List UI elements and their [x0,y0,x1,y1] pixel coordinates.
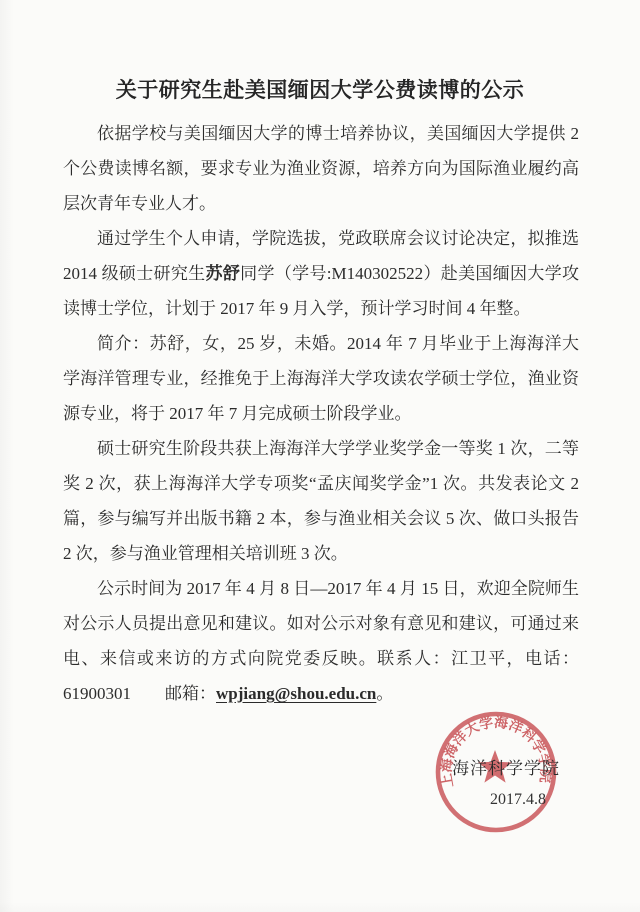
paragraph: 简介：苏舒，女，25 岁，未婚。2014 年 7 月毕业于上海海洋大学海洋管理专… [63,326,579,431]
text-run: 苏舒 [206,264,241,283]
signature-date: 2017.4.8 [490,791,546,809]
text-run: 简介：苏舒，女，25 岁，未婚。2014 年 7 月毕业于上海海洋大学海洋管理专… [63,334,579,423]
document-body: 依据学校与美国缅因大学的博士培养协议，美国缅因大学提供 2 个公费读博名额，要求… [63,116,579,711]
text-run: 依据学校与美国缅因大学的博士培养协议，美国缅因大学提供 2 个公费读博名额，要求… [63,124,579,213]
paragraph: 硕士研究生阶段共获上海海洋大学学业奖学金一等奖 1 次，二等奖 2 次，获上海海… [63,431,579,571]
document-page: 关于研究生赴美国缅因大学公费读博的公示 依据学校与美国缅因大学的博士培养协议，美… [0,0,640,912]
email-text: wpjiang@shou.edu.cn [216,684,376,703]
text-run: 硕士研究生阶段共获上海海洋大学学业奖学金一等奖 1 次，二等奖 2 次，获上海海… [63,439,579,563]
signature-department: 海洋科学学院 [452,754,560,779]
page-title: 关于研究生赴美国缅因大学公费读博的公示 [0,74,640,104]
paragraph: 依据学校与美国缅因大学的博士培养协议，美国缅因大学提供 2 个公费读博名额，要求… [63,116,579,221]
paragraph: 通过学生个人申请，学院选拔，党政联席会议讨论决定，拟推选 2014 级硕士研究生… [63,221,579,326]
paragraph: 公示时间为 2017 年 4 月 8 日—2017 年 4 月 15 日，欢迎全… [63,571,579,711]
text-run: 。 [376,684,393,703]
